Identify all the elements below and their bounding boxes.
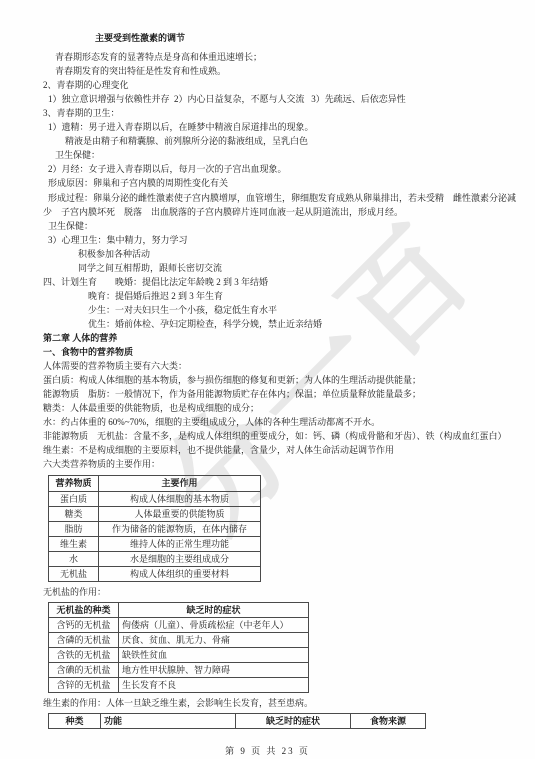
table-row: 含钙的无机盐佝偻病（儿童）、骨质疏松症（中老年人） [49,617,309,632]
table-cell: 含磷的无机盐 [49,632,119,647]
table-row: 水水是细胞的主要组成成分 [49,551,261,566]
text-line: 1）独立意识增强与依赖性并存 2）内心日益复杂，不愿与人交流 3）先疏远、后依恋… [0,92,535,106]
table-header-row: 营养物质主要作用 [49,476,261,491]
table-cell: 无机盐 [49,566,99,581]
table-header-cell: 营养物质 [49,476,99,491]
table-cell: 水 [49,551,99,566]
table-header-cell: 主要作用 [99,476,261,491]
table-cell: 缺铁性贫血 [119,647,309,662]
table-cell: 作为储备的能源物质，在体内储存 [99,521,261,536]
text-line: 1）遗精：男子进入青春期以后，在睡梦中精液自尿道排出的现象。 [0,120,535,134]
table-row: 脂肪作为储备的能源物质，在体内储存 [49,521,261,536]
text-line: 能源物质 脂肪：一般情况下，作为备用能源物质贮存在体内；保温；单位质量释放能量最… [0,387,535,401]
table-cell: 人体最重要的供能物质 [99,506,261,521]
table-row: 蛋白质构成人体细胞的基本物质 [49,491,261,506]
minerals-table: 无机盐的种类缺乏时的症状含钙的无机盐佝偻病（儿童）、骨质疏松症（中老年人）含磷的… [48,602,309,693]
text-line: 形成过程：卵巢分泌的雌性激素使子宫内膜增厚，血管增生，卵细胞发育成熟从卵巢排出，… [0,191,535,205]
table-header-cell: 功能 [101,714,236,729]
text-line: 非能源物质 无机盐：含量不多，是构成人体组织的重要成分，如：钙、磷（构成骨骼和牙… [0,429,535,443]
text-line: 形成原因：卵巢和子宫内膜的周期性变化有关 [0,176,535,190]
text-line: 蛋白质：构成人体细胞的基本物质，参与损伤细胞的修复和更新；为人体的生理活动提供能… [0,373,535,387]
text-line: 卫生保健： [0,219,535,233]
table-cell: 构成人体组织的重要材料 [99,566,261,581]
table-row: 维生素维持人体的正常生理功能 [49,536,261,551]
text-line: 主要受到性激素的调节 [0,31,535,45]
text-line: 卫生保健： [0,148,535,162]
table-cell: 维生素 [49,536,99,551]
vitamins-table: 种类功能缺乏时的症状食物来源 [48,713,426,729]
table-row: 含磷的无机盐厌食、贫血、肌无力、骨痛 [49,632,309,647]
table-header-row: 种类功能缺乏时的症状食物来源 [49,714,426,729]
text-line: 六大类营养物质的主要作用： [0,457,535,471]
table-cell: 含钙的无机盐 [49,617,119,632]
text-line: 优生：婚前体检、孕妇定期检查，科学分娩，禁止近亲结婚 [0,317,535,331]
document-page: 分一百 主要受到性激素的调节青春期形态发育的显著特点是身高和体重迅速增长；青春期… [0,0,535,759]
document-content: 主要受到性激素的调节青春期形态发育的显著特点是身高和体重迅速增长；青春期发育的突… [0,0,535,758]
text-line: 2、青春期的心理变化 [0,78,535,92]
page-number-footer: 第 9 页 共 23 页 [0,744,535,758]
text-line: 积极参加各种活动 [0,247,535,261]
table-cell: 脂肪 [49,521,99,536]
table-header-cell: 食物来源 [351,714,426,729]
table-cell: 地方性甲状腺肿、智力障碍 [119,662,309,677]
text-line: 3）心理卫生：集中精力，努力学习 [0,233,535,247]
table-cell: 含锌的无机盐 [49,678,119,693]
text-line: 3、青春期的卫生： [0,106,535,120]
table-cell: 厌食、贫血、肌无力、骨痛 [119,632,309,647]
table-header-row: 无机盐的种类缺乏时的症状 [49,602,309,617]
table-cell: 含铁的无机盐 [49,647,119,662]
table-row: 糖类人体最重要的供能物质 [49,506,261,521]
table-cell: 维持人体的正常生理功能 [99,536,261,551]
nutrients-table: 营养物质主要作用蛋白质构成人体细胞的基本物质糖类人体最重要的供能物质脂肪作为储备… [48,475,261,581]
text-line: 水：约占体重的 60%~70%，细胞的主要组成成分，人体的各种生理活动都离不开水… [0,415,535,429]
text-line: 少生：一对夫妇只生一个小孩，稳定低生育水平 [0,303,535,317]
table-header-cell: 种类 [49,714,101,729]
table-row: 含铁的无机盐缺铁性贫血 [49,647,309,662]
table-row: 无机盐构成人体组织的重要材料 [49,566,261,581]
table-row: 含碘的无机盐地方性甲状腺肿、智力障碍 [49,662,309,677]
table-cell: 含碘的无机盐 [49,662,119,677]
text-line: 四、计划生育 晚婚：提倡比法定年龄晚 2 到 3 年结婚 [0,275,535,289]
text-line: 同学之间互相帮助，跟师长密切交流 [0,261,535,275]
table-header-cell: 缺乏时的症状 [236,714,351,729]
minerals-note: 无机盐的作用： [0,585,535,599]
text-line: 精液是由精子和精囊腺、前列腺所分泌的黏液组成，呈乳白色 [0,134,535,148]
text-line: 一、食物中的营养物质 [0,345,535,359]
table-row: 含锌的无机盐生长发育不良 [49,678,309,693]
table-cell: 佝偻病（儿童）、骨质疏松症（中老年人） [119,617,309,632]
text-line: 2）月经：女子进入青春期以后，每月一次的子宫出血现象。 [0,162,535,176]
text-line: 维生素：不是构成细胞的主要原料，也不提供能量，含量少，对人体生命活动起调节作用 [0,443,535,457]
text-line: 少 子宫内膜坏死 脱落 出血脱落的子宫内膜碎片连同血液一起从阴道流出，形成月经。 [0,205,535,219]
text-line: 人体需要的营养物质主要有六大类： [0,359,535,373]
text-line: 糖类：人体最重要的供能物质，也是构成细胞的成分； [0,401,535,415]
text-line: 第二章 人体的营养 [0,331,535,345]
table-cell: 生长发育不良 [119,678,309,693]
vitamins-note: 维生素的作用：人体一旦缺乏维生素，会影响生长发育，甚至患病。 [0,696,535,710]
table-header-cell: 缺乏时的症状 [119,602,309,617]
text-line: 晚育：提倡婚后推迟 2 到 3 年生育 [0,289,535,303]
text-line: 青春期形态发育的显著特点是身高和体重迅速增长； [0,50,535,64]
table-cell: 糖类 [49,506,99,521]
table-cell: 构成人体细胞的基本物质 [99,491,261,506]
table-cell: 水是细胞的主要组成成分 [99,551,261,566]
table-cell: 蛋白质 [49,491,99,506]
table-header-cell: 无机盐的种类 [49,602,119,617]
text-line: 青春期发育的突出特征是性发育和性成熟。 [0,64,535,78]
text-lines: 主要受到性激素的调节青春期形态发育的显著特点是身高和体重迅速增长；青春期发育的突… [0,31,535,471]
